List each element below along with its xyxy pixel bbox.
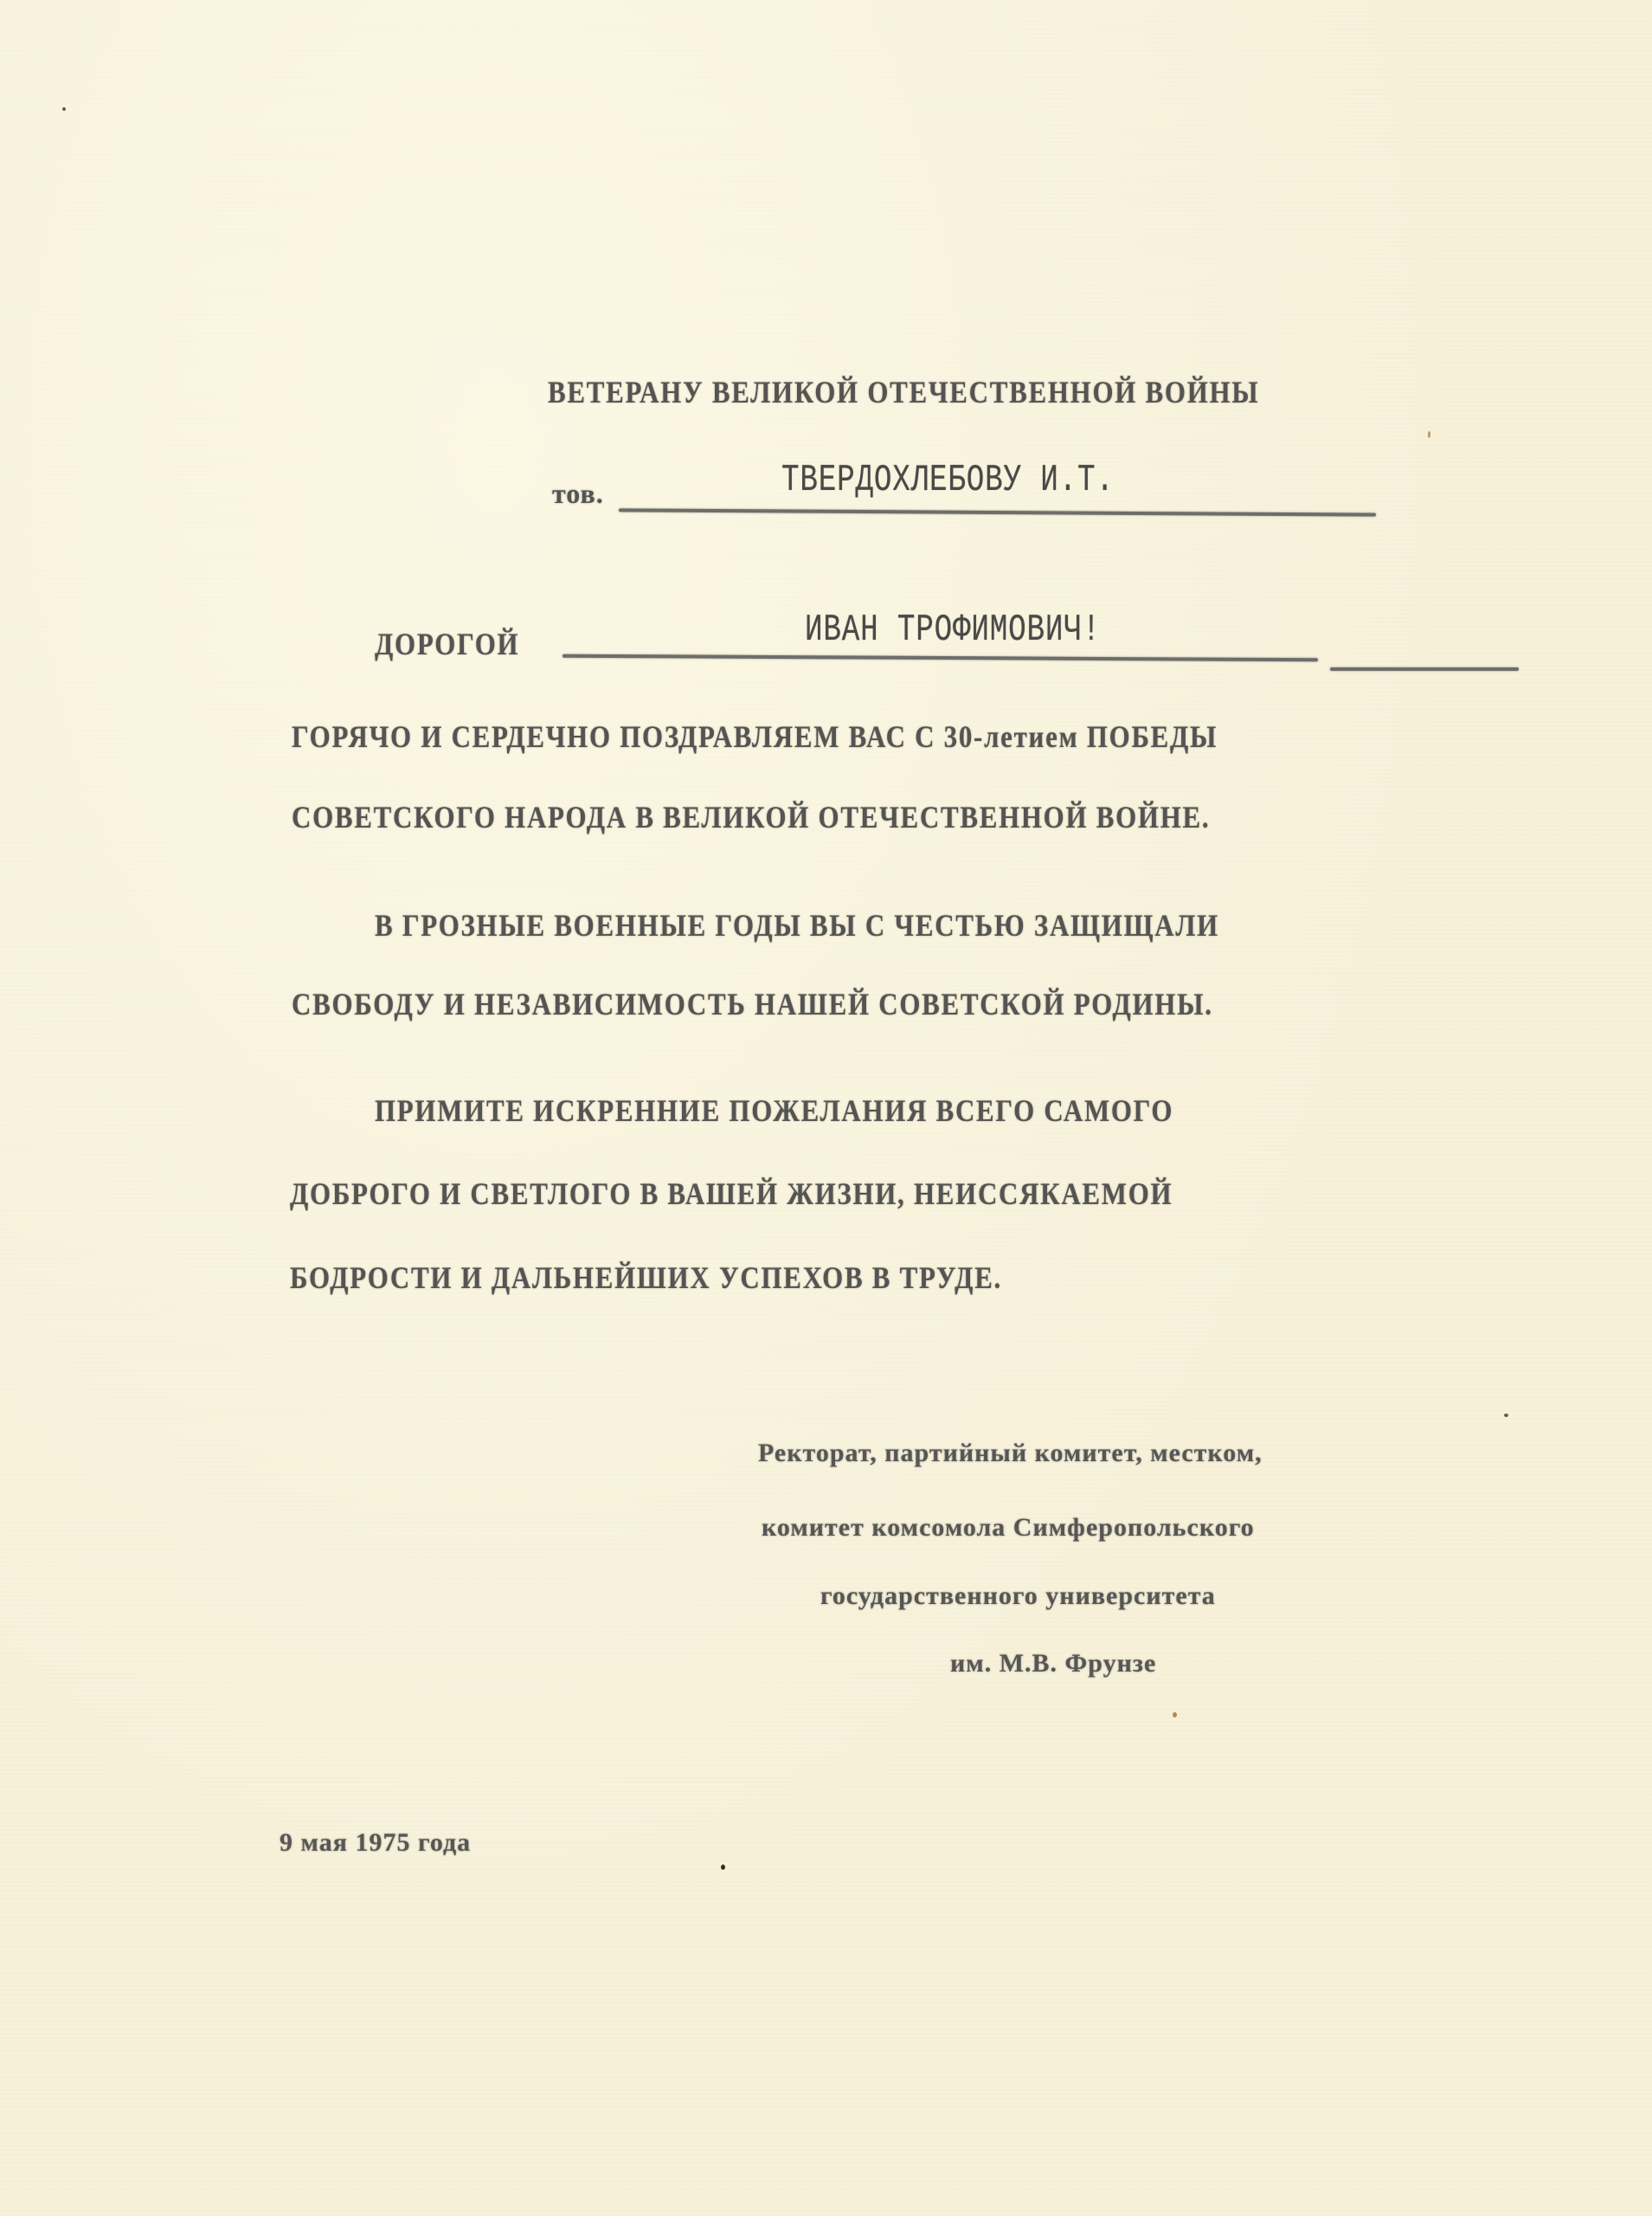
salutation-prefix: ДОРОГОЙ [375,626,519,662]
date: 9 мая 1975 года [280,1828,471,1858]
paper-speck [1428,431,1430,438]
signature-line-4: им. М.В. Фрунзе [950,1649,1156,1678]
body-line-4: СВОБОДУ И НЕЗАВИСИМОСТЬ НАШЕЙ СОВЕТСКОЙ … [292,986,1213,1022]
body-line-3: В ГРОЗНЫЕ ВОЕННЫЕ ГОДЫ ВЫ С ЧЕСТЬЮ ЗАЩИЩ… [375,907,1219,944]
body-line-6: ДОБРОГО И СВЕТЛОГО В ВАШЕЙ ЖИЗНИ, НЕИССЯ… [290,1176,1173,1212]
signature-line-1: Ректорат, партийный комитет, местком, [758,1439,1263,1468]
body-line-7: БОДРОСТИ И ДАЛЬНЕЙШИХ УСПЕХОВ В ТРУДЕ. [290,1259,1002,1296]
body-line-2: СОВЕТСКОГО НАРОДА В ВЕЛИКОЙ ОТЕЧЕСТВЕННО… [292,799,1210,835]
salutation-underline-extension [1330,667,1519,671]
paper-speck [1504,1414,1508,1417]
paper-speck [1173,1712,1177,1717]
signature-line-3: государственного университета [820,1581,1216,1611]
paper-speck [62,107,66,111]
recipient-name: ТВЕРДОХЛЕБОВУ И.Т. [781,459,1115,502]
heading: ВЕТЕРАНУ ВЕЛИКОЙ ОТЕЧЕСТВЕННОЙ ВОЙНЫ [548,374,1259,410]
body-line-5: ПРИМИТЕ ИСКРЕННИЕ ПОЖЕЛАНИЯ ВСЕГО САМОГО [375,1092,1173,1129]
signature-line-2: комитет комсомола Симферопольского [762,1513,1255,1543]
paper-speck [721,1865,725,1870]
salutation-name: ИВАН ТРОФИМОВИЧ! [805,609,1101,652]
body-line-1: ГОРЯЧО И СЕРДЕЧНО ПОЗДРАВЛЯЕМ ВАС С 30-л… [292,718,1218,755]
recipient-prefix: тов. [552,478,604,510]
